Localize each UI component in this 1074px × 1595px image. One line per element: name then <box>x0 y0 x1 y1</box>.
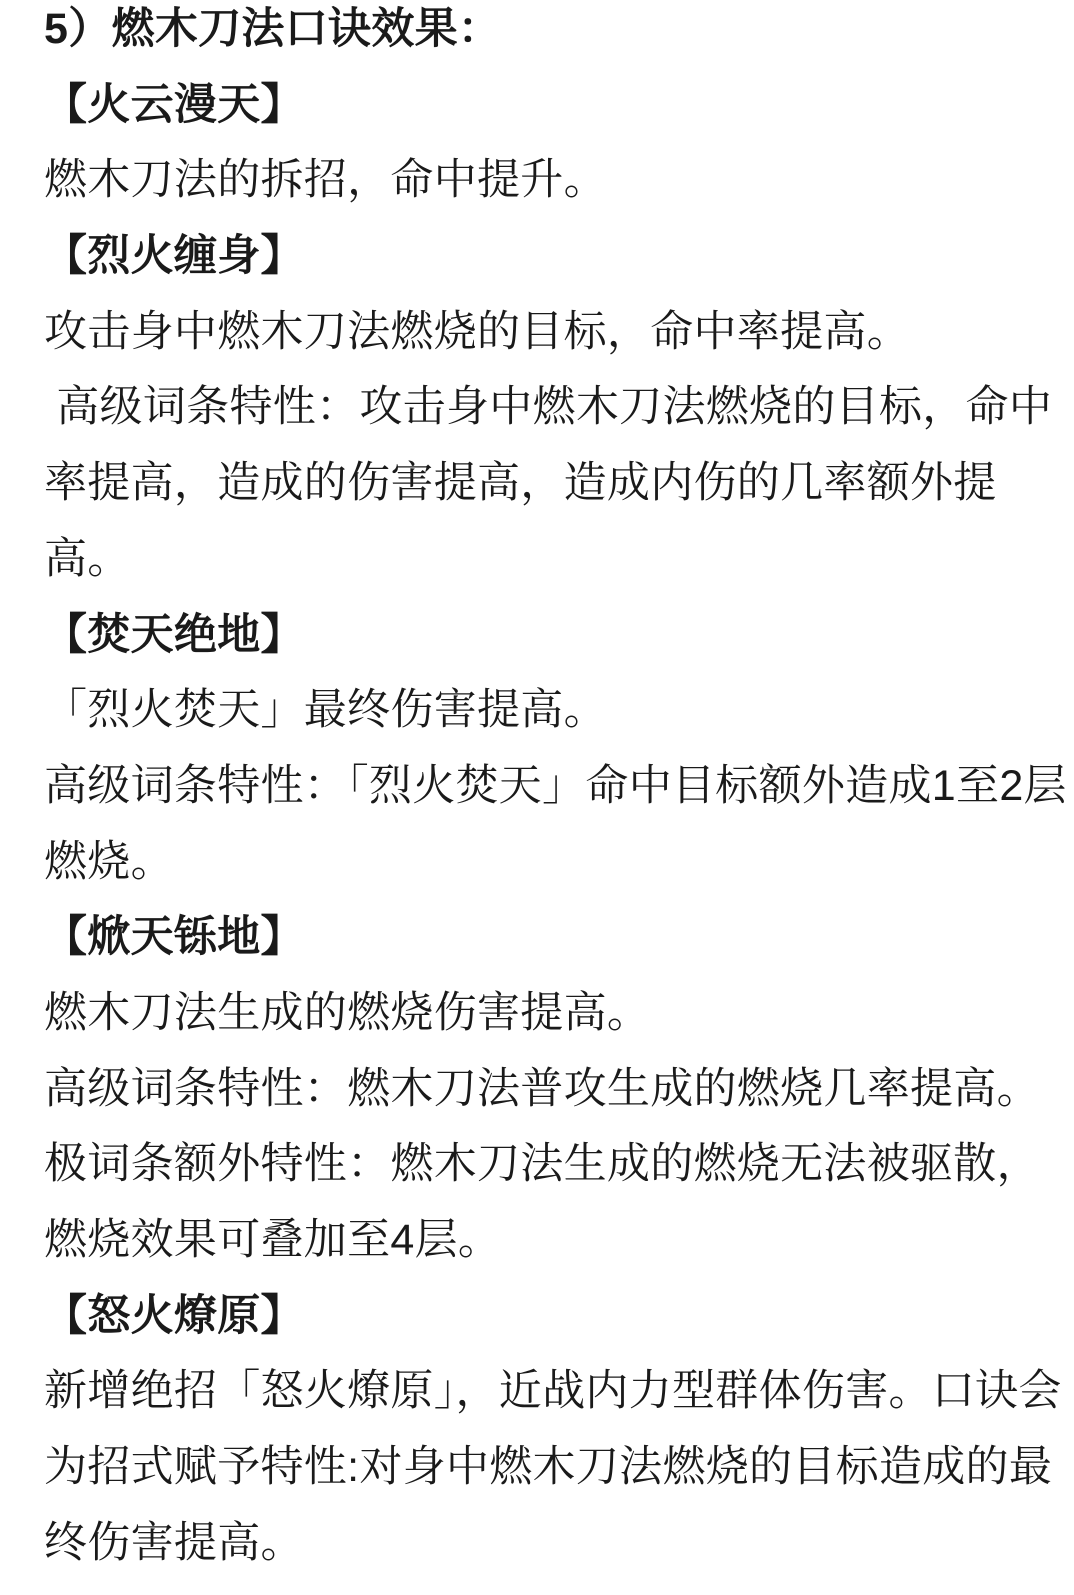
body-line: 率提高，造成的伤害提高，造成内伤的几率额外提 <box>44 446 1038 522</box>
body-line: 燃木刀法的拆招，命中提升。 <box>44 143 1038 219</box>
body-line: 「烈火焚天」最终伤害提高。 <box>44 673 1038 749</box>
skill-heading: 【烈火缠身】 <box>44 219 1038 295</box>
body-line: 新增绝招「怒火燎原」，近战内力型群体伤害。口诀会 <box>44 1354 1038 1430</box>
body-line: 高。 <box>44 522 1038 598</box>
body-line: 燃烧效果可叠加至4层。 <box>44 1203 1038 1279</box>
skill-heading: 【怒火燎原】 <box>44 1279 1038 1355</box>
skill-heading: 【焮天铄地】 <box>44 900 1038 976</box>
skill-heading: 【火云漫天】 <box>44 68 1038 144</box>
body-line: 高级词条特性：燃木刀法普攻生成的燃烧几率提高。 <box>44 1052 1038 1128</box>
body-line: 燃木刀法生成的燃烧伤害提高。 <box>44 976 1038 1052</box>
body-line: 极词条额外特性：燃木刀法生成的燃烧无法被驱散， <box>44 1127 1038 1203</box>
body-line: 攻击身中燃木刀法燃烧的目标，命中率提高。 <box>44 295 1038 371</box>
skill-heading: 【焚天绝地】 <box>44 598 1038 674</box>
body-line: 高级词条特性：「烈火焚天」命中目标额外造成1至2层 <box>44 749 1038 825</box>
body-line: 燃烧。 <box>44 825 1038 901</box>
body-line: 终伤害提高。 <box>44 1506 1038 1582</box>
article-body: 5）燃木刀法口诀效果：【火云漫天】燃木刀法的拆招，命中提升。【烈火缠身】攻击身中… <box>0 0 1074 1587</box>
doc-title: 5）燃木刀法口诀效果： <box>44 0 1038 68</box>
body-line: 高级词条特性：攻击身中燃木刀法燃烧的目标，命中 <box>44 370 1038 446</box>
body-line: 为招式赋予特性:对身中燃木刀法燃烧的目标造成的最 <box>44 1430 1038 1506</box>
